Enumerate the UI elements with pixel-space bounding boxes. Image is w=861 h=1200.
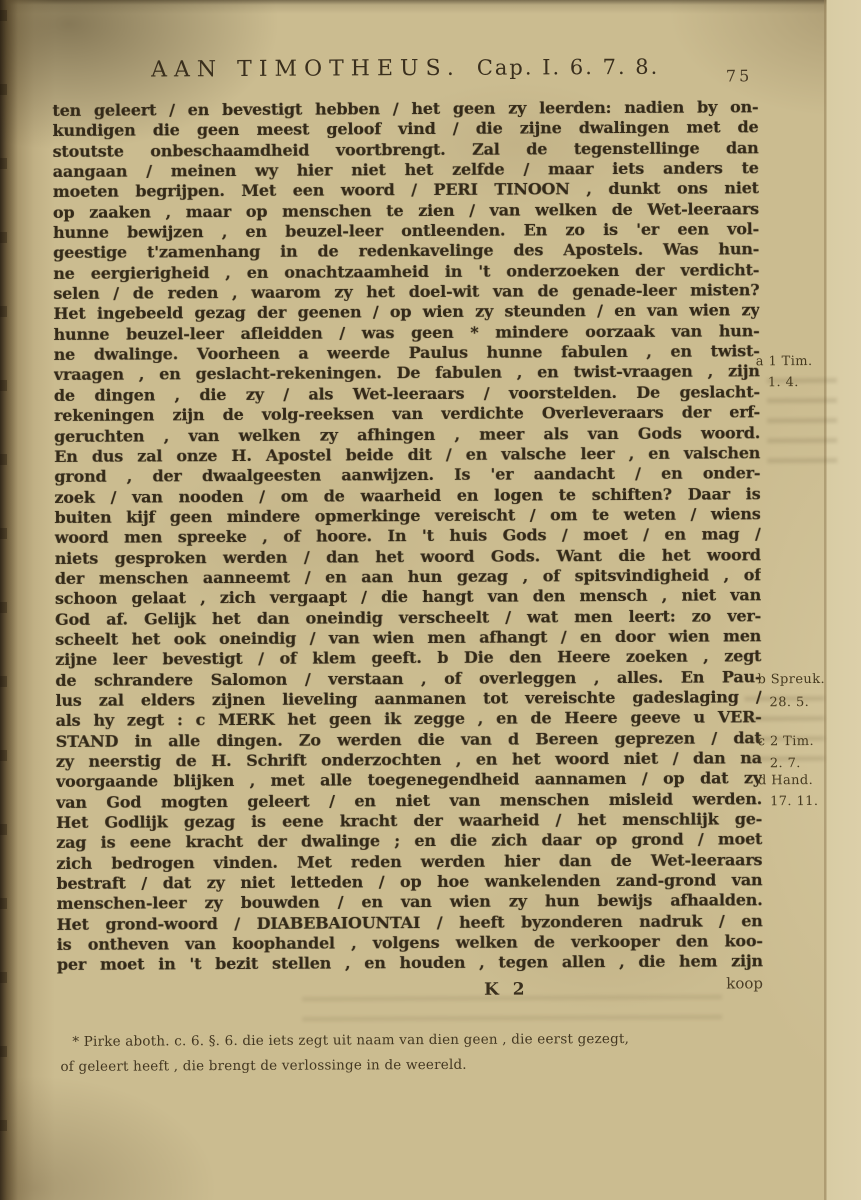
running-title: AAN TIMOTHEUS. bbox=[151, 56, 461, 83]
body-text: ten geleert / en bevestigt hebben / het … bbox=[52, 97, 763, 975]
body-line: per moet in 't bezit stellen , en houden… bbox=[57, 952, 763, 976]
show-through-ghost bbox=[302, 994, 722, 1022]
page-content: AAN TIMOTHEUS.Cap. I. 6. 7. 8. 75 ten ge… bbox=[0, 0, 861, 1200]
margin-note: b Spreuk. bbox=[757, 672, 825, 688]
catchword: koop bbox=[670, 974, 763, 992]
show-through-ghost bbox=[767, 378, 837, 463]
show-through-ghost bbox=[745, 696, 825, 766]
chapter-ref: Cap. I. 6. 7. 8. bbox=[477, 55, 660, 80]
footnote-line: of geleert heeft , die brengt de verloss… bbox=[60, 1051, 774, 1080]
margin-note: 17. 11. bbox=[770, 794, 818, 810]
page-header: AAN TIMOTHEUS.Cap. I. 6. 7. 8. 75 bbox=[52, 54, 758, 94]
margin-note: a 1 Tim. bbox=[756, 354, 813, 370]
footnote: * Pirke aboth. c. 6. §. 6. die iets zegt… bbox=[60, 1026, 774, 1080]
page-number: 75 bbox=[726, 66, 752, 85]
book-page-scan: AAN TIMOTHEUS.Cap. I. 6. 7. 8. 75 ten ge… bbox=[0, 0, 861, 1200]
footnote-line: * Pirke aboth. c. 6. §. 6. die iets zegt… bbox=[60, 1026, 774, 1055]
margin-note: d Hand. bbox=[758, 773, 813, 789]
